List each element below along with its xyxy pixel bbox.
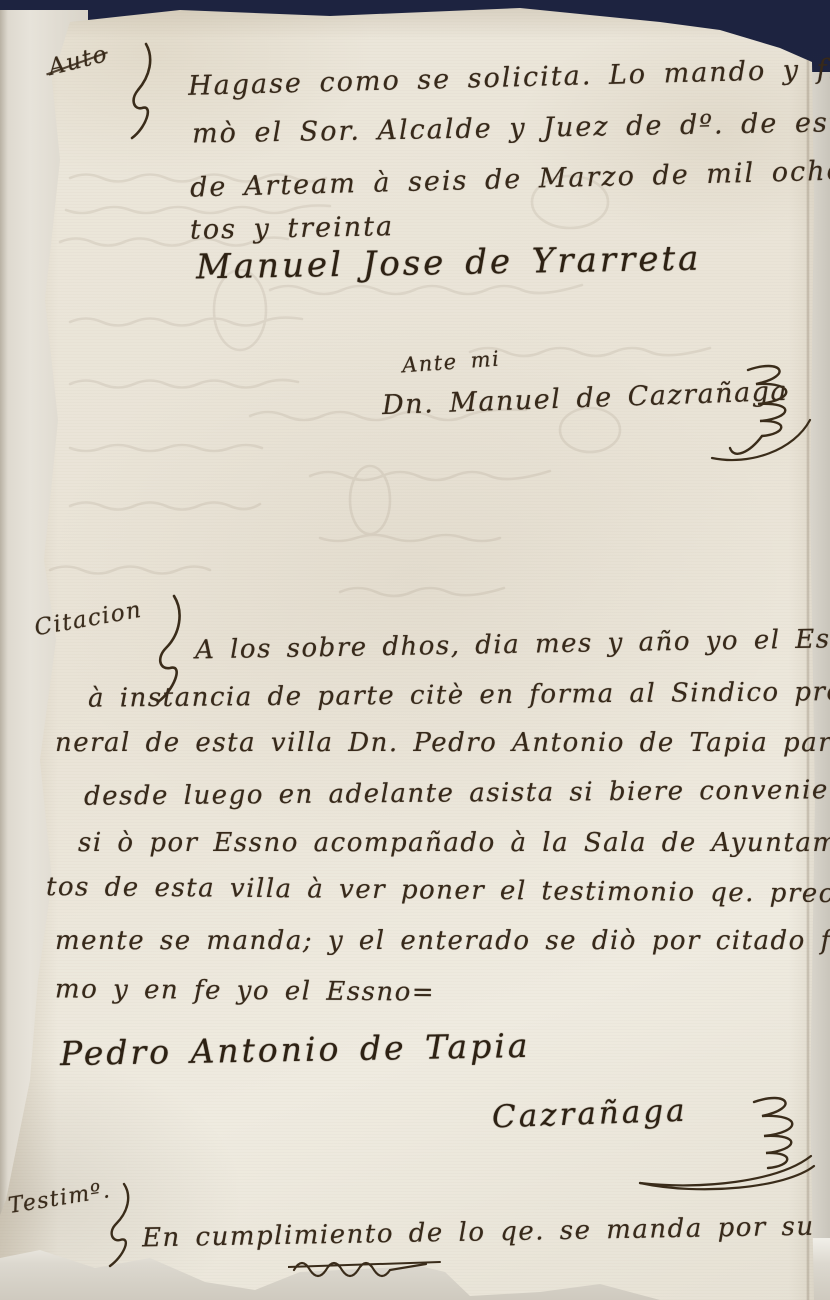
- manuscript-scan: Auto Hagase como se solicita. Lo mando y…: [0, 0, 830, 1300]
- manuscript-line: mo y en fe yo el Essno=: [55, 974, 435, 1007]
- crossed-out-word: [288, 1252, 450, 1282]
- manuscript-line: si ò por Essno acompañado à la Sala de A…: [78, 828, 830, 858]
- signature-party: Pedro Antonio de Tapia: [60, 1026, 531, 1073]
- manuscript-line: neral de esta villa Dn. Pedro Antonio de…: [55, 728, 830, 758]
- manuscript-line: desde luego en adelante asista si biere …: [84, 774, 830, 811]
- notary-rubric-flourish: [692, 358, 828, 474]
- calligraphic-brace: [122, 42, 162, 142]
- manuscript-line: mente se manda; y el enterado se diò por…: [55, 926, 830, 956]
- calligraphic-brace: [102, 1182, 140, 1270]
- manuscript-line: tos y treinta: [190, 211, 395, 246]
- manuscript-line: à instancia de parte citè en forma al Si…: [88, 676, 830, 713]
- notary-rubric-flourish: [608, 1084, 830, 1196]
